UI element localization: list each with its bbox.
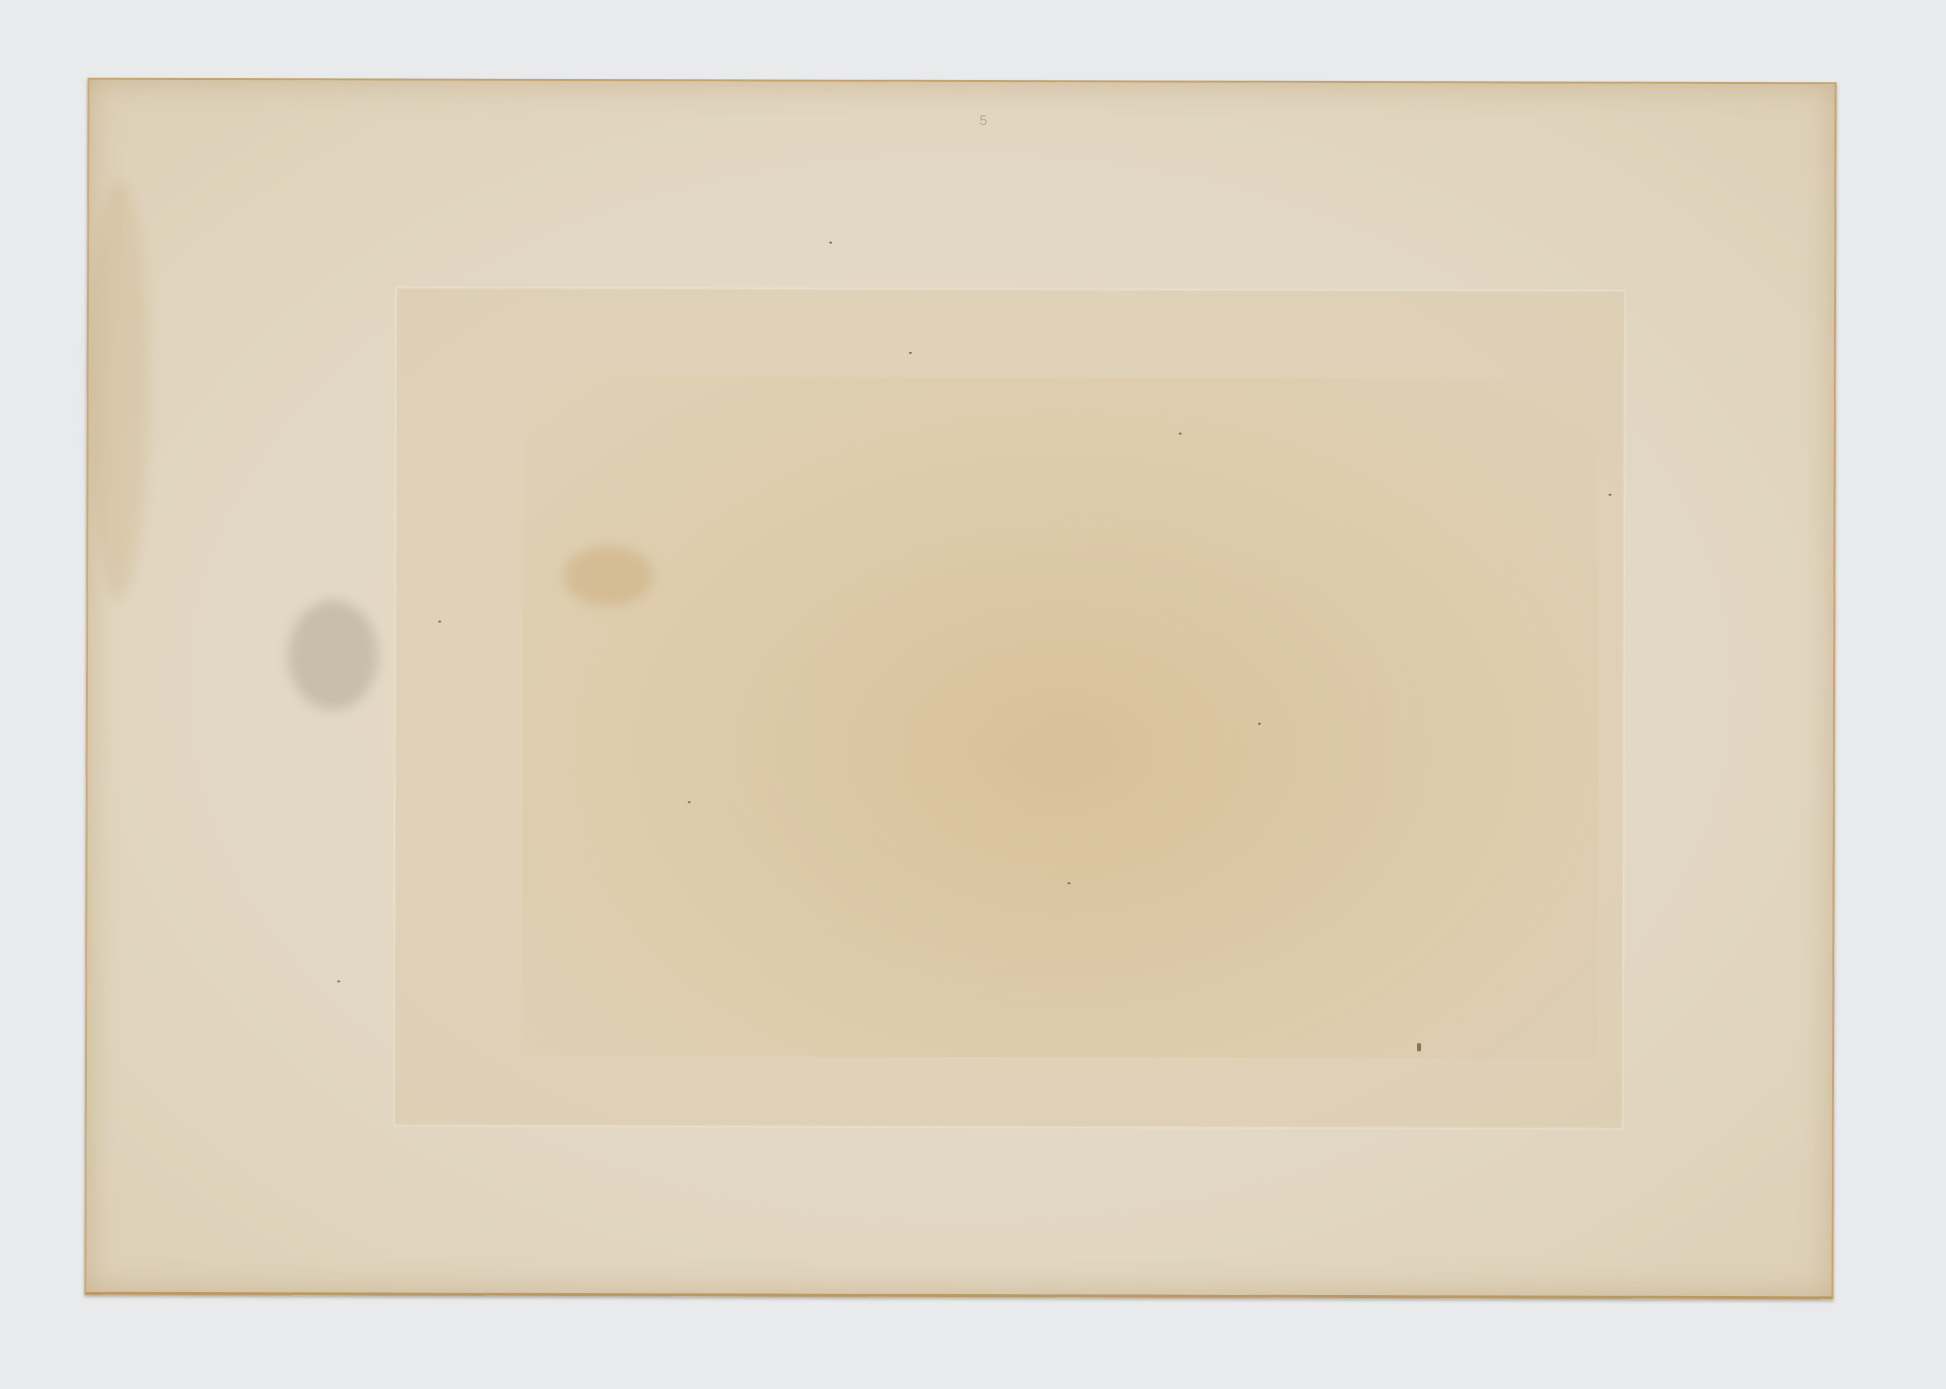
paper-speck [1179, 433, 1182, 435]
foxing-stain [288, 600, 378, 710]
paper-speck [1067, 882, 1070, 884]
paper-speck [1258, 723, 1261, 725]
paper-speck [829, 242, 832, 244]
paper-speck [909, 352, 912, 354]
paper-speck [1609, 494, 1612, 496]
foxing-stain [563, 546, 653, 606]
paper-speck [337, 980, 340, 982]
pencil-mark: 5 [979, 112, 987, 128]
ink-show-through [522, 376, 1599, 1059]
paper-speck [438, 621, 441, 623]
foxing-stain [88, 180, 149, 600]
paper-speck [1417, 1043, 1421, 1051]
paper-speck [688, 801, 691, 803]
paper-sheet: 5 [84, 78, 1836, 1300]
